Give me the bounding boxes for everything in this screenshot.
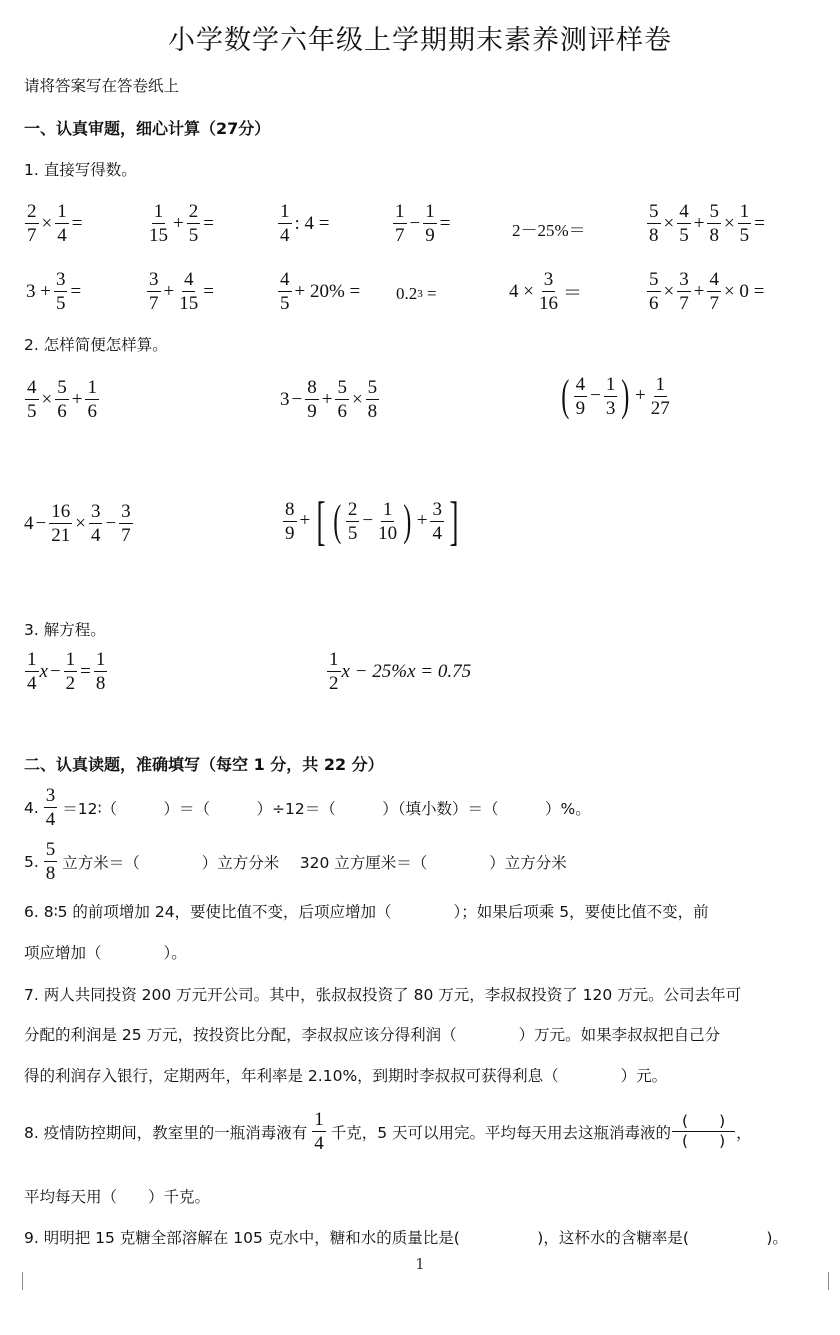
den: 8 xyxy=(366,400,380,421)
den: 27 xyxy=(649,397,672,418)
q2-expr-2: 3 − 89 + 56 × 58 xyxy=(280,378,380,421)
q1-expr-12: 56 × 37 + 47 × 0 = xyxy=(646,270,766,313)
operator: × xyxy=(352,389,363,411)
num: 1 xyxy=(738,202,752,224)
den: 5 xyxy=(677,224,691,245)
num: 3 xyxy=(44,786,58,808)
operator: + xyxy=(173,213,184,235)
q6-line-2: 项应增加（ ）。 xyxy=(24,941,187,963)
q1-expr-6: 58 × 45 + 58 × 15 = xyxy=(646,202,767,245)
operator: − xyxy=(50,661,61,683)
expr-tail: × 0 = xyxy=(724,281,764,303)
punctuation: ， xyxy=(736,1121,752,1143)
num: 5 xyxy=(335,378,349,400)
num: 1 xyxy=(94,650,108,672)
q6-line-1: 6. 8∶5 的前项增加 24，要使比值不变，后项应增加（ ）；如果后项乘 5，… xyxy=(24,900,709,922)
num: 8 xyxy=(305,378,319,400)
expr-prefix: 4 xyxy=(24,513,34,535)
den: 8 xyxy=(647,224,661,245)
operator: + xyxy=(164,281,175,303)
num: 5 xyxy=(44,840,58,862)
operator: − xyxy=(590,385,601,407)
q1-expr-4: 17 − 19 = xyxy=(392,202,452,245)
den: 8 xyxy=(707,224,721,245)
num: 2 xyxy=(25,202,39,224)
operator: − xyxy=(105,513,116,535)
q7-line-2: 分配的利润是 25 万元，按投资比分配，李叔叔应该分得利润（ ）万元。如果李叔叔… xyxy=(24,1023,720,1045)
den: 7 xyxy=(393,224,407,245)
q1-expr-2: 115 + 25 = xyxy=(146,202,216,245)
den: 7 xyxy=(119,524,133,545)
den: 9 xyxy=(305,400,319,421)
den: 5 xyxy=(54,292,68,313)
den: 4 xyxy=(278,224,292,245)
q2-expr-4: 4 − 1621 × 34 − 37 xyxy=(24,502,134,545)
den: 6 xyxy=(55,400,69,421)
num: 1 xyxy=(85,378,99,400)
den: 3 xyxy=(604,397,618,418)
expr-prefix: 4 × xyxy=(509,281,534,303)
expr-prefix: 3 xyxy=(280,389,290,411)
num: 1 xyxy=(327,650,341,672)
q1-expr-5: 2－25%＝ xyxy=(512,216,586,241)
q8: 8. 疫情防控期间，教室里的一瓶消毒液有 14 千克，5 天可以用完。平均每天用… xyxy=(24,1110,752,1153)
equals: = xyxy=(203,281,214,303)
instruction: 请将答案写在答卷纸上 xyxy=(24,74,179,96)
num: 3 xyxy=(430,500,444,522)
den: 9 xyxy=(423,224,437,245)
question-text: 8. 疫情防控期间，教室里的一瓶消毒液有 xyxy=(24,1121,307,1143)
answer-fraction-blank[interactable]: ( )( ) xyxy=(672,1112,735,1152)
den: 7 xyxy=(707,292,721,313)
question-text: 立方米＝（ ）立方分米 320 立方厘米＝（ ）立方分米 xyxy=(62,851,566,873)
operator: + xyxy=(322,389,333,411)
operator: × xyxy=(664,213,675,235)
den: 4 xyxy=(430,522,444,543)
den: 16 xyxy=(537,292,560,313)
q4: 4. 34 ＝12∶（ ）＝（ ）÷12＝（ ）（填小数）＝（ ）%。 xyxy=(24,786,591,829)
num: 1 xyxy=(64,650,78,672)
page-number: 1 xyxy=(0,1255,840,1273)
q2-expr-3: ( 49 − 13 ) + 127 xyxy=(558,374,673,418)
q1-expr-11: 4 × 316 ＝ xyxy=(507,270,584,313)
left-paren: ( xyxy=(334,499,342,543)
num: 5 xyxy=(55,378,69,400)
operator: + xyxy=(635,385,646,407)
num: 4 xyxy=(278,270,292,292)
q1-expr-8: 37 + 415 = xyxy=(146,270,216,313)
section-2-heading: 二、认真读题，准确填写（每空 1 分，共 22 分） xyxy=(24,752,384,775)
operator: − xyxy=(410,213,421,235)
right-bracket: ] xyxy=(449,494,458,548)
q1-expr-9: 45 + 20% = xyxy=(277,270,362,313)
q2-expr-5: 89 + [ ( 25 − 110 ) + 34 ] xyxy=(282,494,463,548)
base: 0.2 xyxy=(396,284,417,304)
left-paren: ( xyxy=(561,374,569,418)
page-title: 小学数学六年级上学期期末素养测评样卷 xyxy=(0,18,840,57)
equals: = xyxy=(72,213,83,235)
num: 1 xyxy=(55,202,69,224)
expr-tail: : 4 = xyxy=(295,213,330,235)
den: 5 xyxy=(346,522,360,543)
answer-blank-numerator[interactable]: ( ) xyxy=(672,1112,735,1133)
right-paren: ) xyxy=(403,499,411,543)
answer-blank-denominator[interactable]: ( ) xyxy=(672,1132,735,1152)
equation-rest: x − 25%x = 0.75 xyxy=(342,661,472,683)
q5: 5. 58 立方米＝（ ）立方分米 320 立方厘米＝（ ）立方分米 xyxy=(24,840,567,883)
q9: 9. 明明把 15 克糖全部溶解在 105 克水中，糖和水的质量比是( )，这杯… xyxy=(24,1226,788,1248)
num: 1 xyxy=(381,500,395,522)
num: 5 xyxy=(366,378,380,400)
operator: × xyxy=(75,513,86,535)
q3-equation-1: 14 x − 12 = 18 xyxy=(24,650,108,693)
operator: × xyxy=(42,389,53,411)
num: 4 xyxy=(25,378,39,400)
num: 1 xyxy=(423,202,437,224)
num: 1 xyxy=(278,202,292,224)
den: 9 xyxy=(574,397,588,418)
den: 4 xyxy=(89,524,103,545)
equals: = xyxy=(754,213,765,235)
den: 2 xyxy=(327,672,341,693)
operator: × xyxy=(724,213,735,235)
question-text: ＝12∶（ ）＝（ ）÷12＝（ ）（填小数）＝（ ）%。 xyxy=(62,797,590,819)
num: 16 xyxy=(49,502,72,524)
operator: + xyxy=(417,510,428,532)
den: 6 xyxy=(647,292,661,313)
num: 1 xyxy=(654,375,668,397)
den: 21 xyxy=(49,524,72,545)
q1-expr-3: 14 : 4 = xyxy=(277,202,332,245)
q2-expr-1: 45 × 56 + 16 xyxy=(24,378,100,421)
num: 3 xyxy=(54,270,68,292)
den: 4 xyxy=(55,224,69,245)
num: 3 xyxy=(147,270,161,292)
variable-x: x xyxy=(40,661,48,683)
den: 6 xyxy=(85,400,99,421)
operator: + xyxy=(694,281,705,303)
den: 6 xyxy=(335,400,349,421)
q8-line-2: 平均每天用（ ）千克。 xyxy=(24,1185,210,1207)
den: 5 xyxy=(25,400,39,421)
num: 4 xyxy=(707,270,721,292)
question-number: 4. xyxy=(24,799,39,817)
num: 1 xyxy=(312,1110,326,1132)
operator: + xyxy=(694,213,705,235)
equals: = xyxy=(203,213,214,235)
expr-prefix: 3 + xyxy=(26,281,51,303)
den: 2 xyxy=(64,672,78,693)
q3-equation-2: 12 x − 25%x = 0.75 xyxy=(326,650,471,693)
num: 1 xyxy=(604,375,618,397)
equals: ＝ xyxy=(563,278,582,305)
num: 3 xyxy=(119,502,133,524)
den: 7 xyxy=(147,292,161,313)
num: 1 xyxy=(152,202,166,224)
operator: + xyxy=(72,389,83,411)
den: 8 xyxy=(94,672,108,693)
den: 8 xyxy=(44,862,58,883)
q1-expr-1: 27 × 14 = xyxy=(24,202,84,245)
num: 3 xyxy=(89,502,103,524)
den: 7 xyxy=(677,292,691,313)
right-paren: ) xyxy=(622,374,630,418)
num: 4 xyxy=(677,202,691,224)
num: 5 xyxy=(707,202,721,224)
den: 4 xyxy=(44,808,58,829)
num: 2 xyxy=(187,202,201,224)
equals: = xyxy=(70,281,81,303)
q2-label: 2. 怎样简便怎样算。 xyxy=(24,333,168,355)
question-number: 5. xyxy=(24,853,39,871)
den: 4 xyxy=(25,672,39,693)
equals: = xyxy=(427,284,437,304)
den: 9 xyxy=(283,522,297,543)
exponent: 3 xyxy=(417,288,423,300)
page-corner-mark-left xyxy=(22,1272,23,1290)
num: 3 xyxy=(542,270,556,292)
expr-tail: + 20% = xyxy=(295,281,361,303)
num: 1 xyxy=(393,202,407,224)
num: 3 xyxy=(677,270,691,292)
equals: = xyxy=(80,661,91,683)
den: 5 xyxy=(187,224,201,245)
den: 7 xyxy=(25,224,39,245)
num: 8 xyxy=(283,500,297,522)
section-1-heading: 一、认真审题，细心计算（27分） xyxy=(24,116,270,139)
den: 15 xyxy=(147,224,170,245)
left-bracket: [ xyxy=(317,494,326,548)
num: 5 xyxy=(647,270,661,292)
operator: × xyxy=(42,213,53,235)
q1-expr-7: 3 + 35 = xyxy=(24,270,83,313)
num: 5 xyxy=(647,202,661,224)
den: 5 xyxy=(738,224,752,245)
den: 10 xyxy=(376,522,399,543)
operator: × xyxy=(664,281,675,303)
q7-line-1: 7. 两人共同投资 200 万元开公司。其中，张叔叔投资了 80 万元，李叔叔投… xyxy=(24,983,741,1005)
num: 2 xyxy=(346,500,360,522)
num: 1 xyxy=(25,650,39,672)
q1-label: 1. 直接写得数。 xyxy=(24,158,137,180)
operator: − xyxy=(292,389,303,411)
den: 4 xyxy=(312,1132,326,1153)
operator: − xyxy=(36,513,47,535)
num: 4 xyxy=(574,375,588,397)
equals: = xyxy=(440,213,451,235)
den: 15 xyxy=(177,292,200,313)
question-text: 千克，5 天可以用完。平均每天用去这瓶消毒液的 xyxy=(331,1121,671,1143)
num: 4 xyxy=(182,270,196,292)
den: 5 xyxy=(278,292,292,313)
q3-label: 3. 解方程。 xyxy=(24,618,106,640)
q7-line-3: 得的利润存入银行，定期两年，年利率是 2.10%，到期时李叔叔可获得利息（ ）元… xyxy=(24,1064,667,1086)
operator: − xyxy=(362,510,373,532)
q1-expr-10: 0.23 = xyxy=(396,284,437,304)
page-corner-mark-right xyxy=(828,1272,829,1290)
operator: + xyxy=(300,510,311,532)
